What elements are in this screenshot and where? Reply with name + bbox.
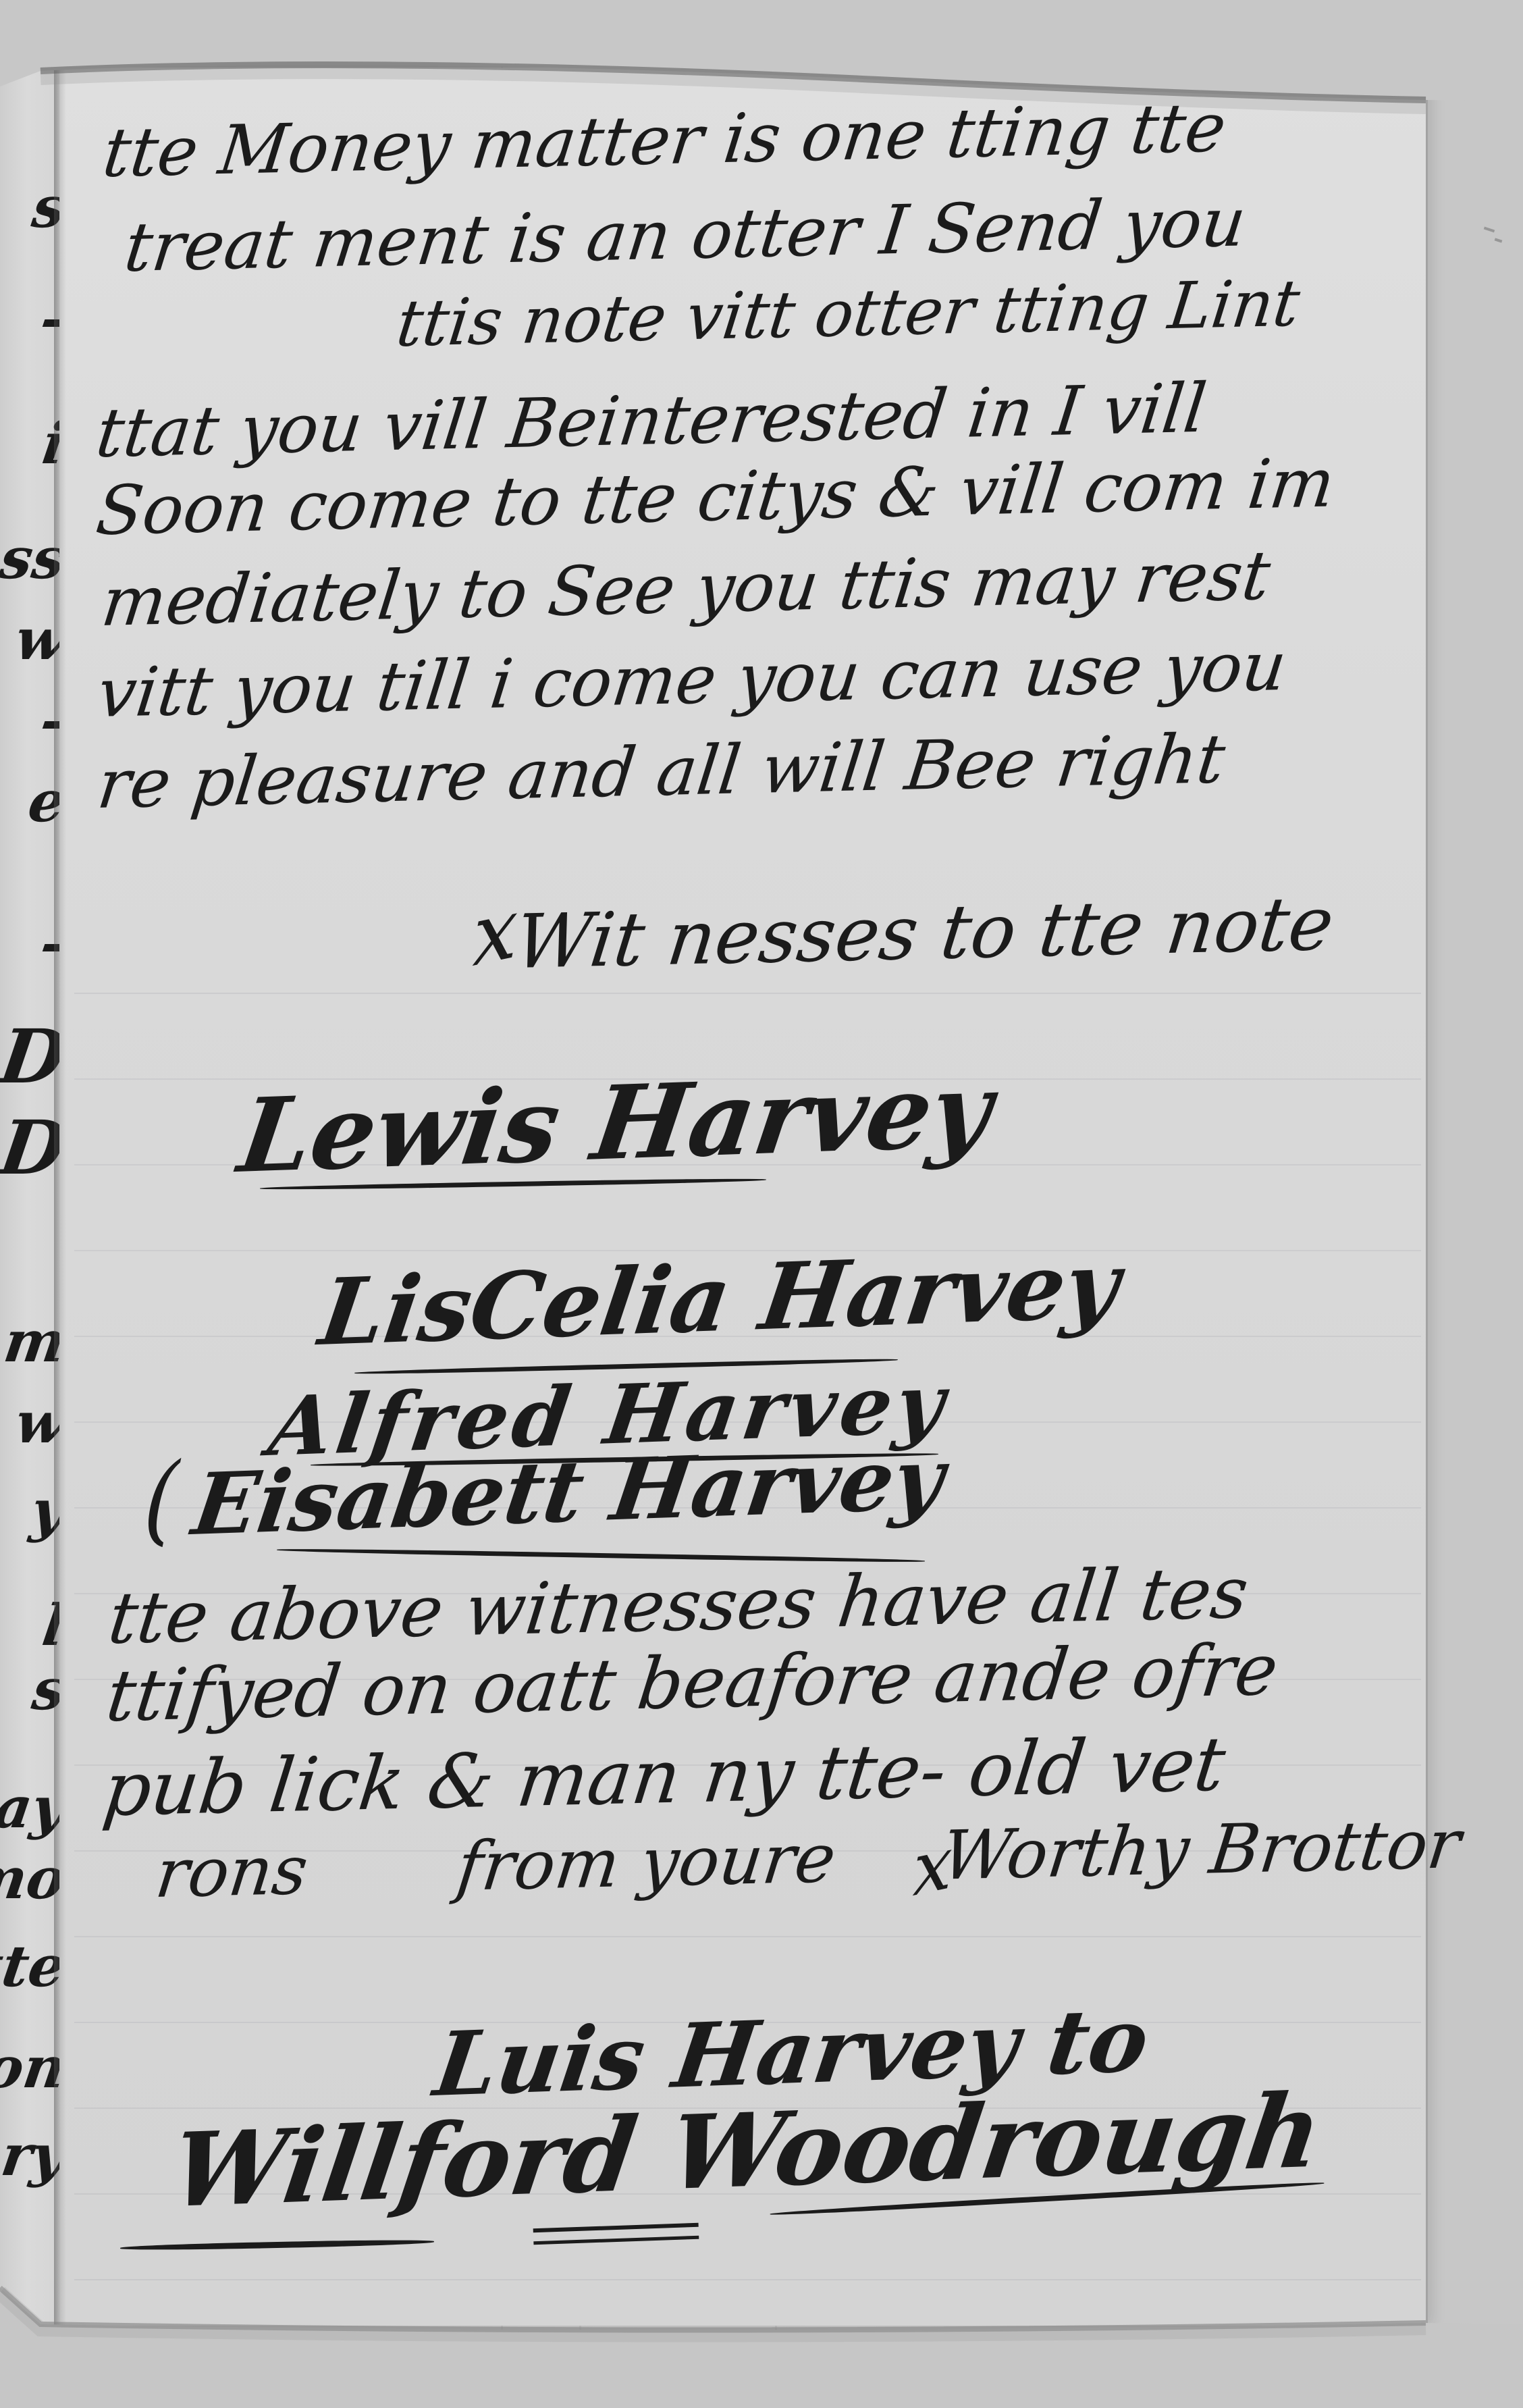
handwriting-fragment: w [12, 611, 59, 668]
facing-page-sliver: s - i ss w - e - D D m w y l s ay mo tte… [0, 66, 59, 2327]
ruled-line [74, 993, 1421, 994]
handwriting-fragment: ss [0, 530, 59, 587]
handwriting-fragment: w [12, 1394, 59, 1451]
handwriting-fragment: D [0, 1020, 59, 1094]
pen-flourish: x [472, 887, 520, 980]
handwriting-fragment: D [0, 1111, 59, 1185]
ruled-line [74, 1936, 1421, 1937]
signature-lewis-harvey: Lewis Harvey [234, 1059, 998, 1188]
binding-gutter-shadow [54, 68, 66, 2326]
handwriting-fragment: ay [0, 1779, 59, 1836]
handwriting-fragment: m [1, 1313, 59, 1370]
handwriting-fragment: on [0, 2039, 59, 2096]
page-bottom-edge [0, 2282, 1523, 2408]
handwriting-fragment: tte [0, 1938, 59, 1995]
scanner-speck [1484, 227, 1495, 233]
scanner-speck [1495, 238, 1503, 242]
witness-heading: Wit nesses to tte note [511, 886, 1337, 979]
scanned-letter-page: s - i ss w - e - D D m w y l s ay mo tte… [0, 0, 1523, 2408]
signature-liscelia-harvey: LisCelia Harvey [315, 1238, 1125, 1358]
handwriting-fragment: mo [0, 1850, 59, 1907]
signature-eisabett-harvey: Eisabett Harvey [188, 1437, 948, 1548]
handwriting-fragment: ry [0, 2127, 59, 2184]
pen-flourish: ( [142, 1450, 180, 1552]
ruled-line [74, 2279, 1421, 2280]
